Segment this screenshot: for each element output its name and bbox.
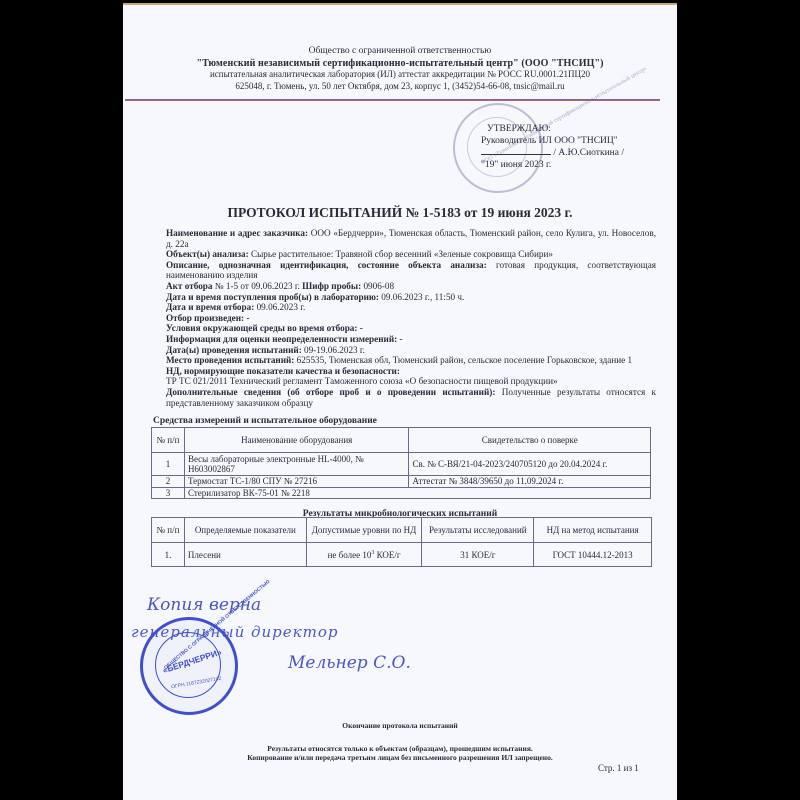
approval-signatory: / А.Ю.Сиоткина / [553,148,624,158]
approval-date: "19" июня 2023 г. [481,159,624,171]
results-table: № п/п Определяемые показатели Допустимые… [151,517,652,567]
field-normative-docs: НД, нормирующие показатели качества и бе… [166,366,656,387]
lab-address: 625048, г. Тюмень, ул. 50 лет Октября, д… [123,81,677,93]
column-header: Свидетельство о поверке [409,428,651,453]
org-form: Общество с ограниченной ответственностью [123,46,677,58]
table-row: 3 Стерилизатор ВК-75-01 № 2218 [152,487,651,499]
field-sampling-act: Акт отбора № 1-5 от 09.06.2023 г. Шифр п… [166,281,656,292]
field-test-location: Место проведения испытаний: 625535, Тюме… [166,355,656,366]
column-header: № п/п [152,518,185,543]
column-header: НД на метод испытания [534,518,652,543]
protocol-fields: Наименование и адрес заказчика: ООО «Бер… [166,228,656,408]
field-object: Объект(ы) анализа: Сырье растительное: Т… [166,249,656,260]
header-divider [125,99,660,101]
field-customer: Наименование и адрес заказчика: ООО «Бер… [166,228,656,249]
table-header-row: № п/п Наименование оборудования Свидетел… [152,428,651,453]
field-test-dates: Дата(ы) проведения испытаний: 09-19.06.2… [166,345,656,356]
footer-note-copying: Копирование и/или передача третьим лицам… [123,753,677,762]
approval-position: Руководитель ИЛ ООО "ТНСИЦ" [481,135,624,147]
protocol-title: ПРОТОКОЛ ИСПЫТАНИЙ № 1-5183 от 19 июня 2… [123,205,677,221]
field-description: Описание, однозначная идентификация, сос… [166,260,656,281]
protocol-page: Общество с ограниченной ответственностью… [123,3,677,800]
footer-note-results: Результаты относятся только к объектам (… [123,744,677,753]
table-header-row: № п/п Определяемые показатели Допустимые… [152,518,652,543]
field-sampled-by: Отбор произведен: - [166,313,656,324]
limit-cell: не более 103 КОЕ/г [306,543,422,567]
column-header: Определяемые показатели [184,518,306,543]
lab-header: Общество с ограниченной ответственностью… [123,46,677,92]
lab-accreditation: испытательная аналитическая лаборатория … [123,69,677,81]
equipment-caption: Средства измерений и испытательное обору… [153,416,377,426]
column-header: Наименование оборудования [184,428,409,453]
column-header: Результаты исследований [422,518,534,543]
signature-line [481,154,551,155]
field-additional-info: Дополнительные сведения (об отборе проб … [166,387,656,408]
approval-title: УТВЕРЖДАЮ: [481,123,624,135]
org-name: "Тюменский независимый сертификационно-и… [123,58,677,70]
table-row: 1. Плесени не более 103 КОЕ/г 31 КОЕ/г Г… [152,543,652,567]
handwritten-signatory: Мельнер С.О. [288,653,411,673]
field-sampling-date: Дата и время отбора: 09.06.2023 г. [166,302,656,313]
field-uncertainty: Информация для оценки неопределенности и… [166,334,656,345]
protocol-end: Окончание протокола испытаний [123,721,677,730]
column-header: № п/п [152,428,185,453]
column-header: Допустимые уровни по НД [306,518,422,543]
equipment-table: № п/п Наименование оборудования Свидетел… [151,427,651,499]
approval-block: УТВЕРЖДАЮ: Руководитель ИЛ ООО "ТНСИЦ" /… [481,123,624,171]
table-row: 1 Весы лабораторные электронные HL-4000,… [152,453,651,476]
table-row: 2 Термостат ТС-1/80 СПУ № 27216 Аттестат… [152,476,651,488]
field-received: Дата и время поступления проб(ы) в лабор… [166,292,656,303]
page-number: Стр. 1 из 1 [598,763,639,773]
field-conditions: Условия окружающей среды во время отбора… [166,323,656,334]
customer-stamp-icon: ОБЩЕСТВО С ОГРАНИЧЕННОЙ ОТВЕТСТВЕННОСТЬЮ… [140,617,238,715]
